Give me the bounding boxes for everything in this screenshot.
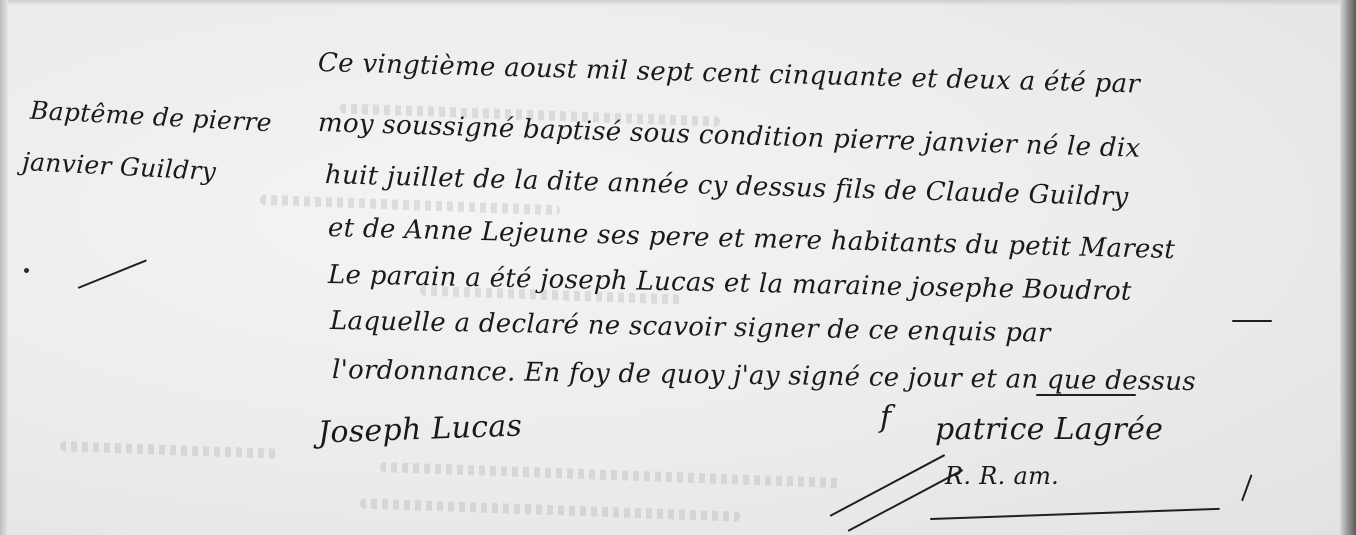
- bleed-through-mark: [260, 195, 560, 215]
- page-left-edge: [0, 0, 8, 535]
- body-line-6: Laquelle a declaré ne scavoir signer de …: [330, 306, 1051, 349]
- priest-signature-prefix: f: [880, 400, 891, 435]
- signature-flourish: [930, 508, 1220, 520]
- signature-flourish-tail: [1241, 474, 1252, 501]
- body-line-4: et de Anne Lejeune ses pere et mere habi…: [328, 213, 1176, 265]
- ink-speck: [24, 268, 29, 273]
- godfather-signature: Joseph Lucas: [317, 408, 522, 450]
- line-filler-stroke: [1232, 320, 1272, 322]
- margin-note-line-1: Baptême de pierre: [29, 96, 272, 138]
- page-binding-edge: [1340, 0, 1356, 535]
- manuscript-page: Baptême de pierre janvier Guildry Ce vin…: [0, 0, 1356, 535]
- body-line-7: l'ordonnance. En foy de quoy j'ay signé …: [332, 355, 1196, 397]
- signature-overline: [1036, 394, 1136, 396]
- priest-signature-name: patrice Lagrée: [935, 412, 1163, 447]
- bleed-through-mark: [60, 441, 280, 459]
- margin-dash-mark: [78, 259, 147, 289]
- body-line-5: Le parain a été joseph Lucas et la marai…: [328, 260, 1132, 307]
- margin-note-line-2: janvier Guildry: [21, 147, 216, 186]
- signature-paraph: [848, 469, 964, 532]
- bleed-through-mark: [360, 498, 740, 521]
- body-line-1: Ce vingtième aoust mil sept cent cinquan…: [318, 48, 1141, 100]
- body-line-2: moy soussigné baptisé sous condition pie…: [318, 108, 1141, 164]
- bleed-through-mark: [380, 462, 840, 488]
- page-top-edge: [0, 0, 1356, 6]
- priest-signature-title: R. R. am.: [945, 462, 1059, 490]
